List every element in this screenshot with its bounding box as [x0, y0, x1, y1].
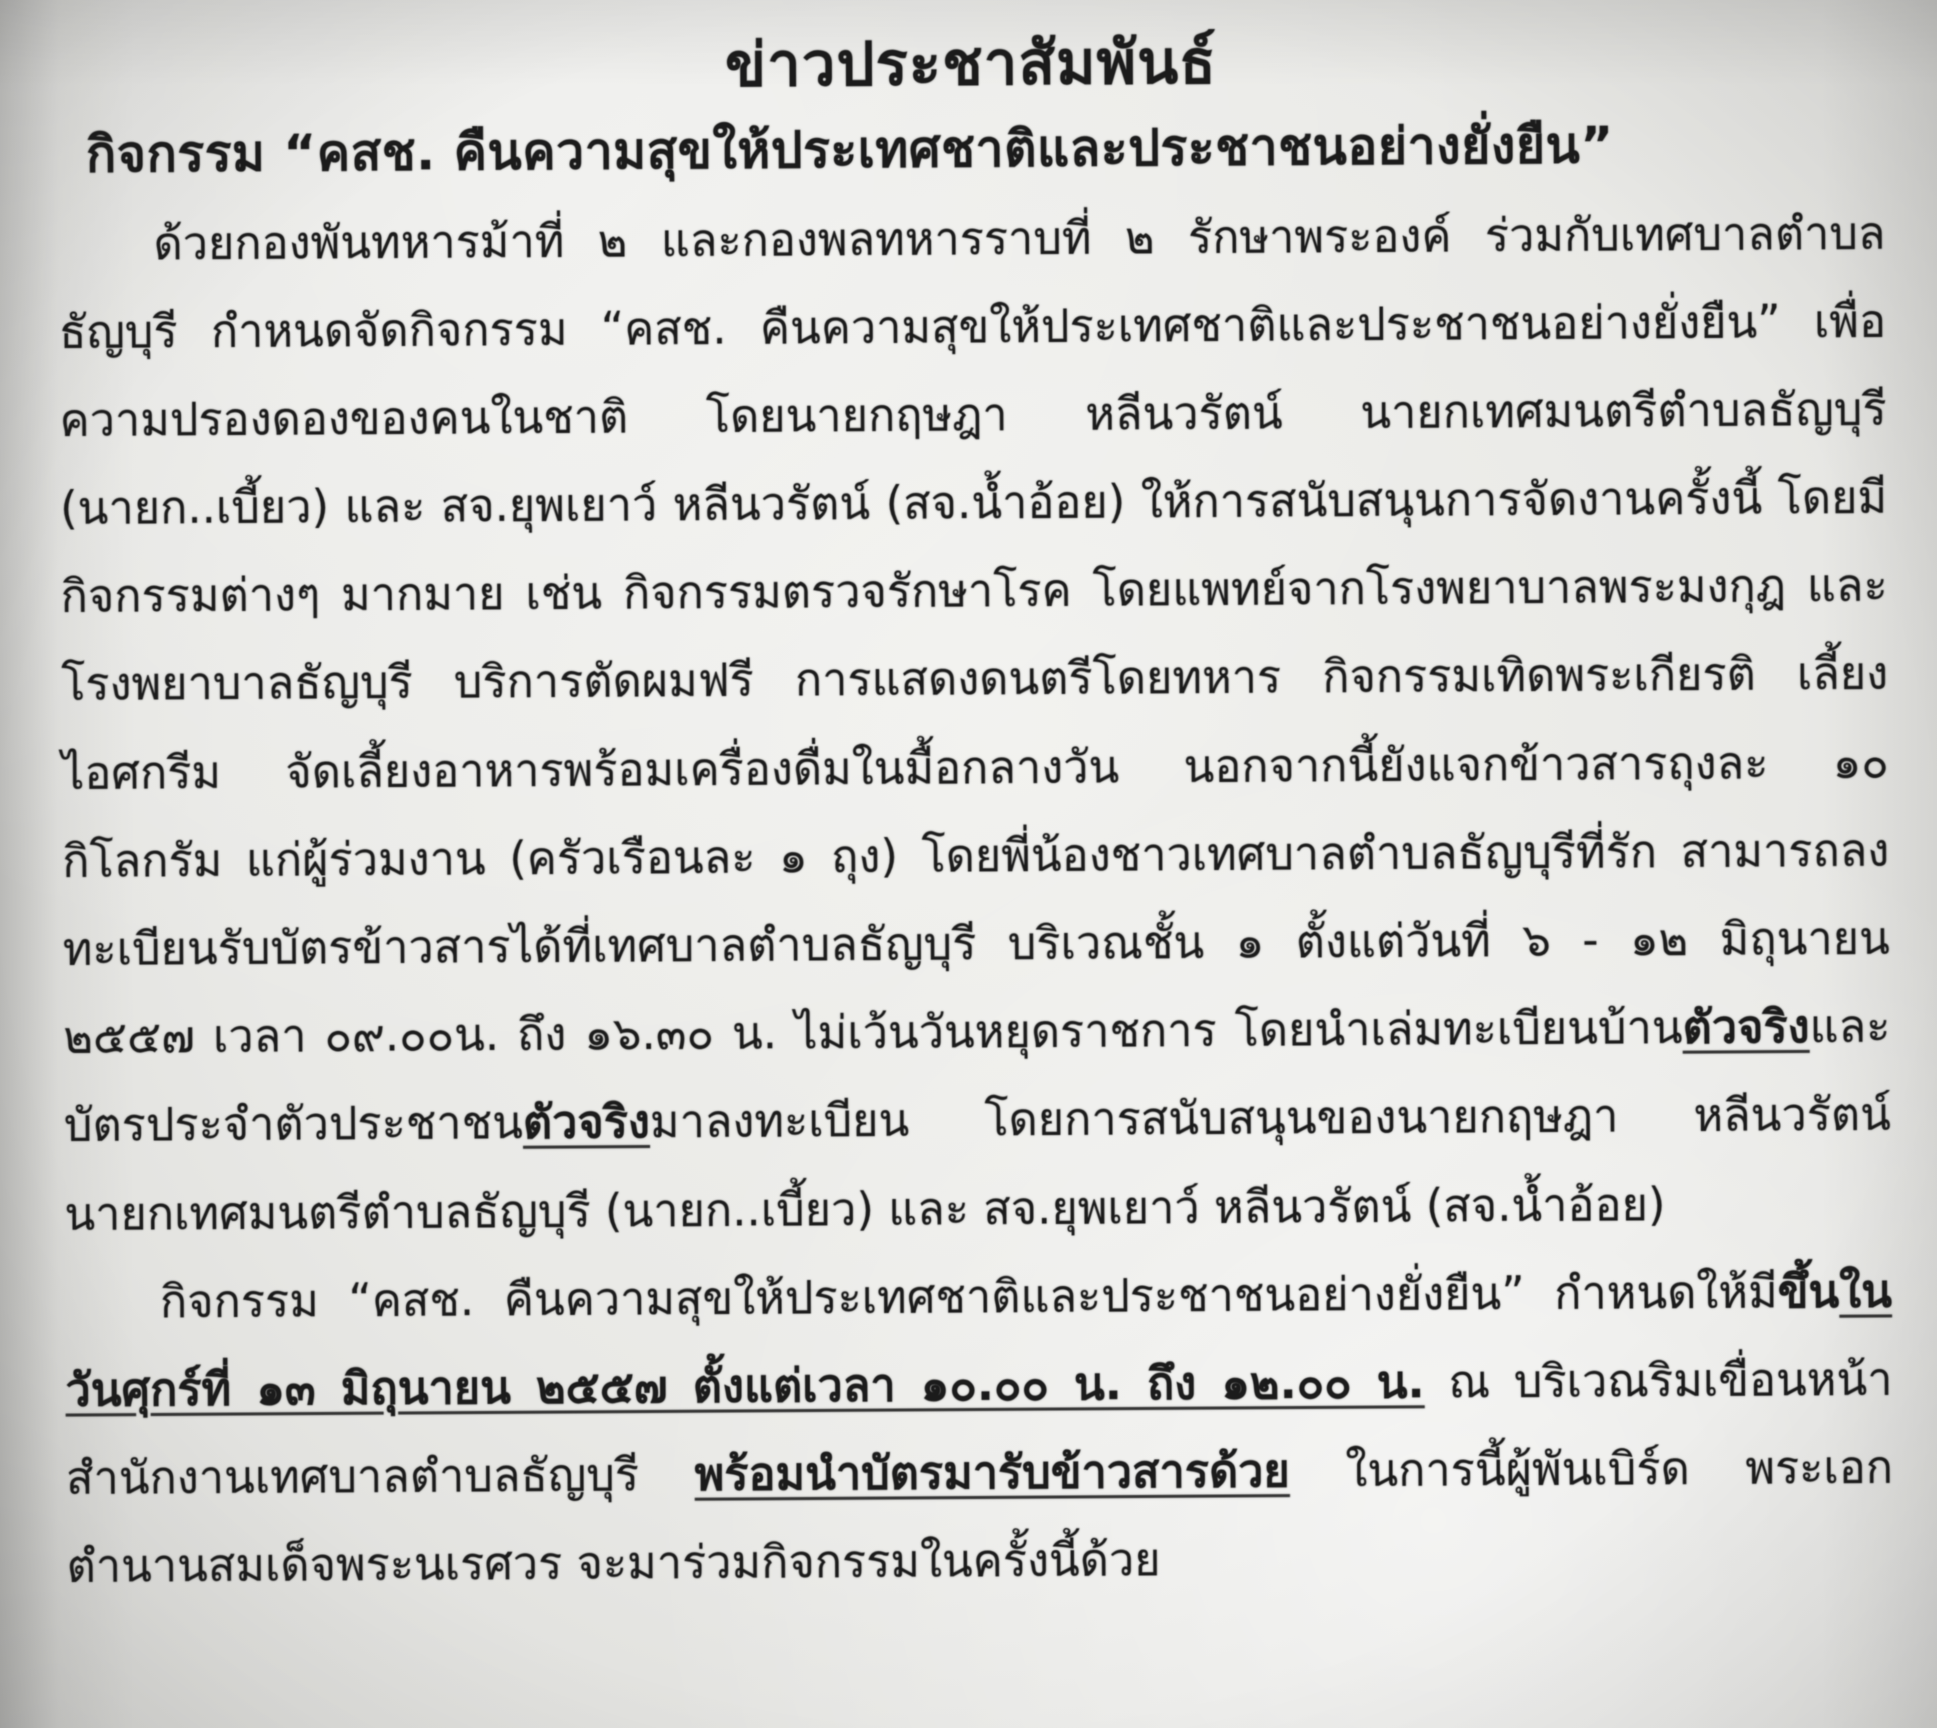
text-segment-bold: ขึ้น	[1778, 1264, 1840, 1317]
text-segment-bold-underline: ตัวจริง	[1682, 1000, 1809, 1054]
document-title: ข่าวประชาสัมพันธ์	[57, 12, 1885, 116]
document-subtitle: กิจกรรม “คสช. คืนความสุขให้ประเทศชาติและ…	[86, 105, 1885, 193]
text-segment-normal: ด้วยกองพันทหารม้าที่ ๒ และกองพลทหารราบที…	[59, 206, 1890, 1064]
paragraph-activity-details: ด้วยกองพันทหารม้าที่ ๒ และกองพลทหารราบที…	[58, 189, 1891, 1258]
text-segment-bold-underline: พร้อมนำบัตรมารับข้าวสารด้วย	[694, 1444, 1290, 1501]
text-segment-bold-underline: ตัวจริง	[523, 1095, 650, 1149]
paragraph-event-schedule: กิจกรรม “คสช. คืนความสุขให้ประเทศชาติและ…	[65, 1247, 1894, 1611]
text-segment-normal: กิจกรรม “คสช. คืนความสุขให้ประเทศชาติและ…	[160, 1265, 1778, 1328]
document-paper: ข่าวประชาสัมพันธ์ กิจกรรม “คสช. คืนความส…	[57, 12, 1894, 1611]
photographed-document-page: { "page": { "kind": "photograph-of-print…	[0, 0, 1937, 1728]
